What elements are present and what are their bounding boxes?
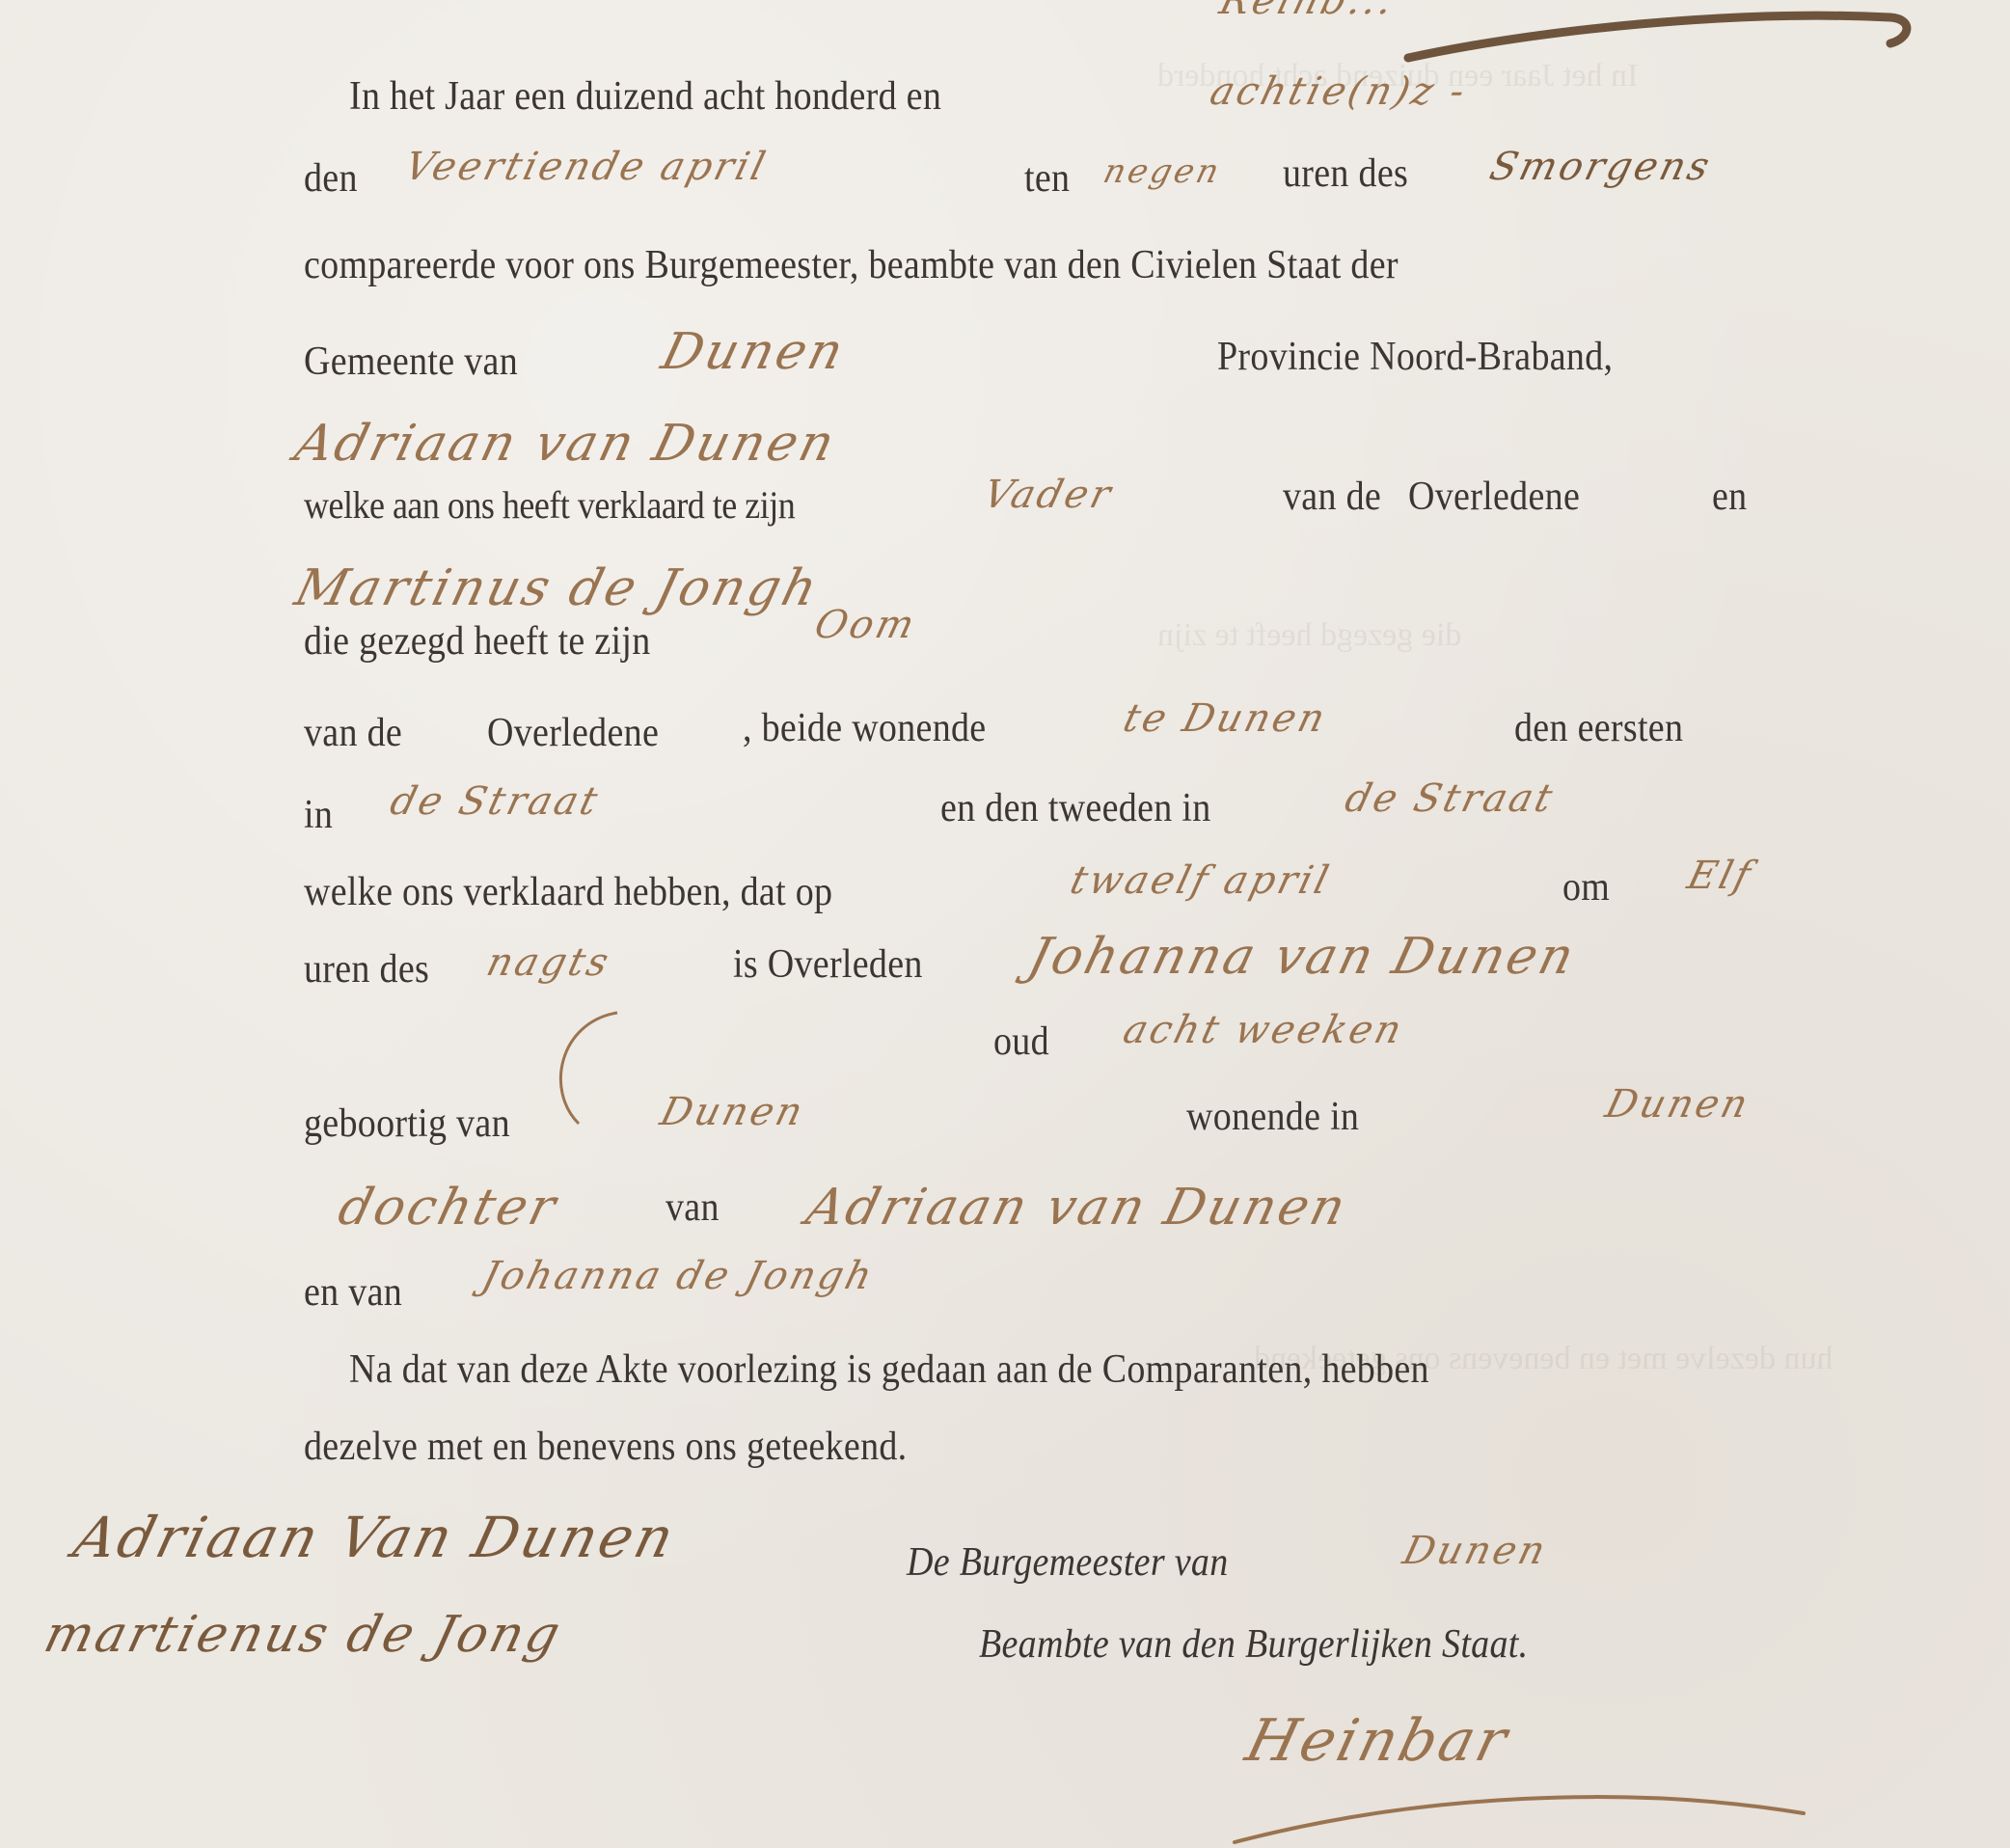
hand-residence-2: Dunen bbox=[1601, 1082, 1755, 1127]
printed-wonende-in: wonende in bbox=[1186, 1093, 1359, 1140]
hand-death-hour: Elf bbox=[1683, 854, 1757, 898]
hand-residence: te Dunen bbox=[1119, 696, 1332, 741]
printed-oud: oud bbox=[993, 1018, 1049, 1065]
printed-van-de-2: van de bbox=[304, 709, 402, 756]
printed-compareerde: compareerde voor ons Burgemeester, beamb… bbox=[304, 241, 1399, 288]
printed-den: den bbox=[304, 154, 358, 202]
hand-street-1: de Straat bbox=[386, 779, 605, 824]
hand-relation-2: Oom bbox=[810, 603, 921, 647]
printed-year-intro: In het Jaar een duizend acht honderd en bbox=[349, 72, 941, 120]
hand-death-date: twaelf april bbox=[1066, 858, 1336, 903]
hand-child-relation: dochter bbox=[333, 1179, 564, 1237]
hand-age: acht weeken bbox=[1119, 1008, 1409, 1052]
hand-hour: negen bbox=[1100, 152, 1226, 191]
signature-witness-1: Adriaan Van Dunen bbox=[68, 1505, 683, 1570]
printed-gezegd: die gezegd heeft te zijn bbox=[304, 617, 651, 665]
hand-street-2: de Straat bbox=[1341, 776, 1560, 821]
hand-declarant-1: Adriaan van Dunen bbox=[289, 415, 843, 473]
printed-van: van bbox=[665, 1183, 720, 1231]
printed-voorlezing: Na dat van deze Akte voorlezing is gedaa… bbox=[349, 1345, 1429, 1393]
printed-in: in bbox=[304, 791, 333, 838]
hand-declarant-2: Martinus de Jongh bbox=[289, 559, 826, 617]
printed-provincie: Provincie Noord-Braband, bbox=[1217, 333, 1613, 380]
signature-witness-2: martienus de Jong bbox=[39, 1606, 568, 1664]
printed-om: om bbox=[1562, 863, 1610, 910]
printed-overledene-2: Overledene bbox=[487, 709, 659, 756]
hand-deceased-name: Johanna van Dunen bbox=[1022, 928, 1582, 986]
printed-uren-des-2: uren des bbox=[304, 945, 429, 992]
hand-birthplace: Dunen bbox=[656, 1090, 810, 1134]
hand-municipality: Dunen bbox=[656, 323, 852, 381]
hand-mayor-place: Dunen bbox=[1399, 1529, 1553, 1573]
handwritten-top-fragment: Reinb... bbox=[1215, 0, 1400, 23]
printed-burgemeester-van: De Burgemeester van bbox=[907, 1538, 1229, 1586]
printed-gemeente-van: Gemeente van bbox=[304, 338, 518, 385]
hand-date: Veertiende april bbox=[400, 145, 773, 189]
hand-father-name: Adriaan van Dunen bbox=[801, 1179, 1354, 1237]
printed-den-eersten: den eersten bbox=[1514, 704, 1683, 751]
printed-overledene: Overledene bbox=[1408, 473, 1580, 520]
printed-beambte: Beambte van den Burgerlijken Staat. bbox=[979, 1620, 1528, 1668]
signature-mayor: Heinbar bbox=[1239, 1707, 1516, 1775]
printed-geteekend: dezelve met en benevens ons geteekend. bbox=[304, 1423, 907, 1470]
printed-geboortig-van: geboortig van bbox=[304, 1100, 510, 1147]
printed-tweeden: en den tweeden in bbox=[940, 784, 1211, 831]
printed-verklaard-hebben: welke ons verklaard hebben, dat op bbox=[304, 868, 832, 915]
hand-relation-1: Vader bbox=[979, 473, 1118, 517]
hand-daypart-2: nagts bbox=[482, 940, 615, 985]
printed-en: en bbox=[1712, 473, 1747, 520]
printed-ten: ten bbox=[1024, 154, 1070, 202]
hand-daypart: Smorgens bbox=[1485, 145, 1717, 189]
printed-verklaard: welke aan ons heeft verklaard te zijn bbox=[304, 482, 795, 528]
printed-is-overleden: is Overleden bbox=[733, 940, 923, 988]
printed-beide-wonende: , beide wonende bbox=[743, 704, 986, 751]
printed-uren-des: uren des bbox=[1283, 149, 1408, 197]
hand-mother-name: Johanna de Jongh bbox=[477, 1254, 880, 1298]
hand-year: achtie(n)z - bbox=[1206, 69, 1472, 114]
printed-en-van: en van bbox=[304, 1268, 402, 1316]
printed-van-de: van de bbox=[1283, 473, 1381, 520]
bleed-through-text: die gezegd heeft te zijn bbox=[1157, 617, 1461, 654]
